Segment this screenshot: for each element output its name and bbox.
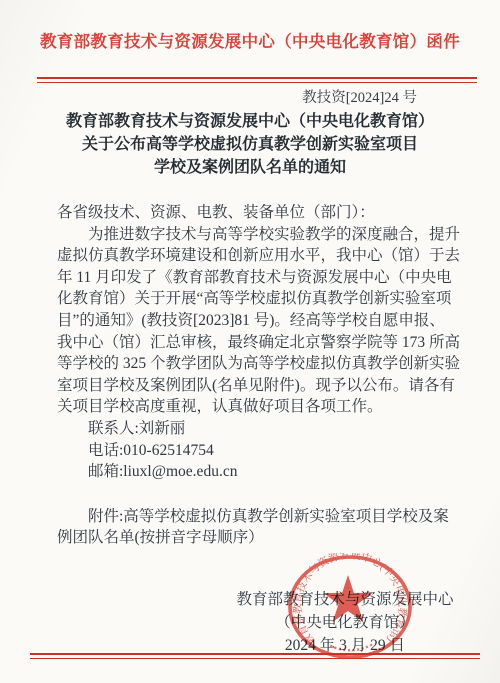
- contact-email-line: 邮箱:liuxl@moe.edu.cn: [57, 461, 451, 483]
- letter-body: 各省级技术、资源、电教、装备单位（部门）： 为推进数字技术与高等学校实验教学的深…: [57, 202, 451, 549]
- salutation-line: 各省级技术、资源、电教、装备单位（部门）：: [57, 202, 451, 224]
- header-separator-rule: [37, 77, 477, 83]
- attachment-line-2: 例团队名单(按拼音字母顺序）: [57, 527, 451, 549]
- body-line: 目”的通知》(教技资[2023]81 号)。经高等学校自愿申报、: [57, 310, 451, 332]
- seal-star-icon: [323, 575, 372, 622]
- letterhead-banner: 教育部教育技术与资源发展中心（中央电化教育馆）函件: [0, 28, 500, 52]
- official-seal: 教育部教育技术与资源发展中心(中央电化教育馆): [286, 553, 414, 661]
- seal-code-marks: [328, 645, 372, 651]
- body-line: 年 11 月印发了《教育部教育技术与资源发展中心（中央电: [57, 267, 451, 289]
- body-line: 等学校的 325 个教学团队为高等学校虚拟仿真教学创新实验: [57, 353, 451, 375]
- attachment-note: 附件:高等学校虚拟仿真教学创新实验室项目学校及案 例团队名单(按拼音字母顺序）: [57, 506, 451, 549]
- document-title: 教育部教育技术与资源发展中心（中央电化教育馆） 关于公布高等学校虚拟仿真教学创新…: [0, 110, 500, 179]
- title-line-2: 关于公布高等学校虚拟仿真教学创新实验室项目: [0, 133, 500, 156]
- document-number: 教技资[2024]24 号: [302, 86, 417, 107]
- body-line: 室项目学校及案例团队(名单见附件)。现予以公布。请各有: [57, 375, 451, 397]
- body-line: 为推进数字技术与高等学校实验教学的深度融合，提升: [57, 224, 451, 246]
- body-line: 关项目学校高度重视，认真做好项目各项工作。: [57, 396, 451, 418]
- footer-separator-rule: [30, 653, 480, 659]
- title-line-3: 学校及案例团队名单的通知: [0, 156, 500, 179]
- body-line: 我中心（馆）汇总审核，最终确定北京警察学院等 173 所高: [57, 332, 451, 354]
- body-line: 化教育馆）关于开展“高等学校虚拟仿真教学创新实验室项: [57, 288, 451, 310]
- official-letter-page: 教育部教育技术与资源发展中心（中央电化教育馆）函件 教技资[2024]24 号 …: [0, 0, 500, 683]
- title-line-1: 教育部教育技术与资源发展中心（中央电化教育馆）: [0, 110, 500, 133]
- contact-person-line: 联系人:刘新丽: [57, 418, 451, 440]
- contact-phone-line: 电话:010-62514754: [57, 440, 451, 462]
- body-line: 虚拟仿真教学环境建设和创新应用水平，我中心（馆）于去: [57, 245, 451, 267]
- attachment-line-1: 附件:高等学校虚拟仿真教学创新实验室项目学校及案: [57, 506, 451, 528]
